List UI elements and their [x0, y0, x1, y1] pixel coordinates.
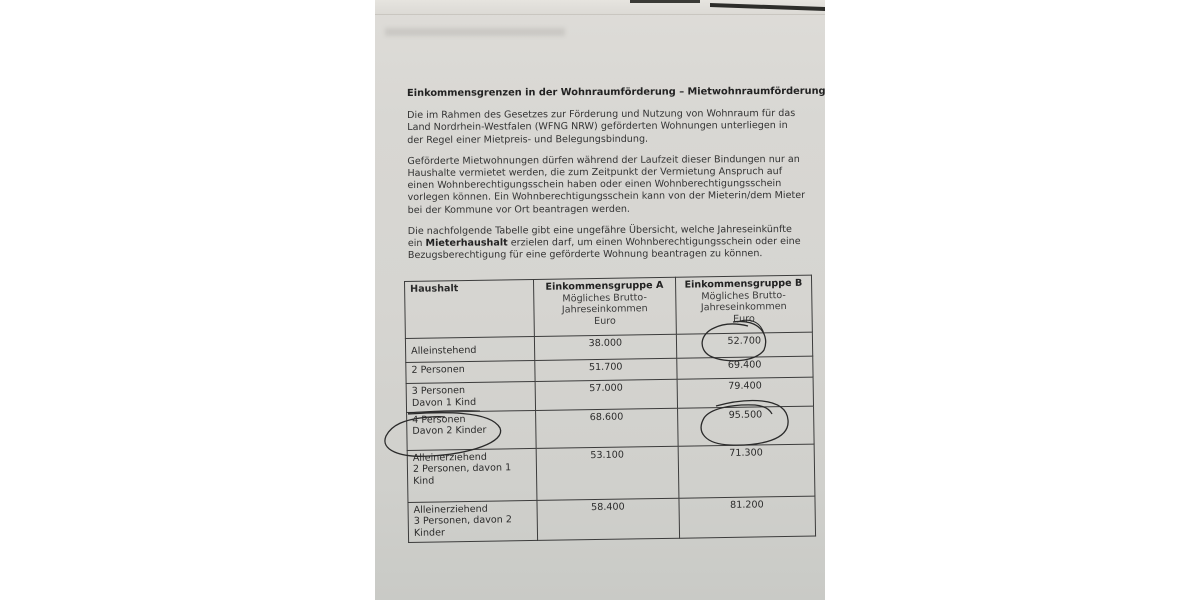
group-b-value: 81.200: [679, 496, 816, 539]
group-a-title: Einkommensgruppe A: [539, 280, 670, 294]
household-label-line: Alleinstehend: [411, 344, 529, 358]
group-a-value: 38.000: [534, 334, 676, 360]
group-b-value: 79.400: [677, 377, 814, 408]
household-label: 2 Personen: [406, 360, 535, 383]
header-household: Haushalt: [405, 279, 535, 338]
household-label-line: 2 Personen: [411, 363, 529, 377]
table-row: Alleinerziehend3 Personen, davon 2Kinder…: [408, 496, 816, 543]
household-label: 3 PersonenDavon 1 Kind: [406, 381, 535, 412]
header-group-b: Einkommensgruppe B Mögliches Brutto- Jah…: [675, 275, 812, 334]
household-label-line: Kind: [413, 474, 531, 488]
group-a-value: 53.100: [536, 446, 678, 500]
group-a-value: 57.000: [535, 379, 677, 410]
group-b-title: Einkommensgruppe B: [681, 278, 807, 292]
group-a-value: 51.700: [535, 358, 677, 381]
group-b-value: 69.400: [676, 356, 813, 379]
household-label-line: Davon 2 Kinder: [412, 424, 530, 438]
household-label: Alleinstehend: [405, 336, 534, 362]
paragraph-bold-term: Mieterhaushalt: [425, 237, 507, 248]
paragraph-rules: Geförderte Mietwohnungen dürfen während …: [407, 154, 805, 217]
income-limits-table: Haushalt Einkommensgruppe A Mögliches Br…: [404, 275, 816, 543]
table-row: Alleinerziehend2 Personen, davon 1Kind53…: [407, 444, 815, 502]
household-label-line: Kinder: [414, 526, 532, 540]
table-header-row: Haushalt Einkommensgruppe A Mögliches Br…: [405, 275, 813, 338]
paragraph-intro: Die im Rahmen des Gesetzes zur Förderung…: [407, 108, 805, 147]
document-title: Einkommensgrenzen in der Wohnraumförderu…: [407, 86, 805, 100]
document-text: Einkommensgrenzen in der Wohnraumförderu…: [405, 86, 806, 272]
header-group-a: Einkommensgruppe A Mögliches Brutto- Jah…: [534, 277, 676, 336]
household-label: 4 PersonenDavon 2 Kinder: [407, 410, 537, 450]
group-a-currency: Euro: [540, 315, 671, 329]
table-row: 4 PersonenDavon 2 Kinder68.60095.500: [407, 406, 815, 450]
paper-fold-shadow: [385, 28, 565, 36]
group-b-value: 71.300: [678, 444, 815, 498]
paragraph-table-intro: Die nachfolgende Tabelle gibt eine ungef…: [408, 224, 806, 263]
household-label: Alleinerziehend2 Personen, davon 1Kind: [407, 448, 537, 502]
household-label: Alleinerziehend3 Personen, davon 2Kinder: [408, 500, 538, 542]
group-b-value: 95.500: [677, 406, 814, 446]
group-b-value: 52.700: [676, 332, 813, 358]
group-a-value: 58.400: [537, 498, 679, 541]
group-b-currency: Euro: [681, 312, 807, 326]
group-a-value: 68.600: [536, 408, 678, 448]
background-edge: [630, 0, 700, 3]
household-label-line: Davon 1 Kind: [412, 396, 530, 410]
